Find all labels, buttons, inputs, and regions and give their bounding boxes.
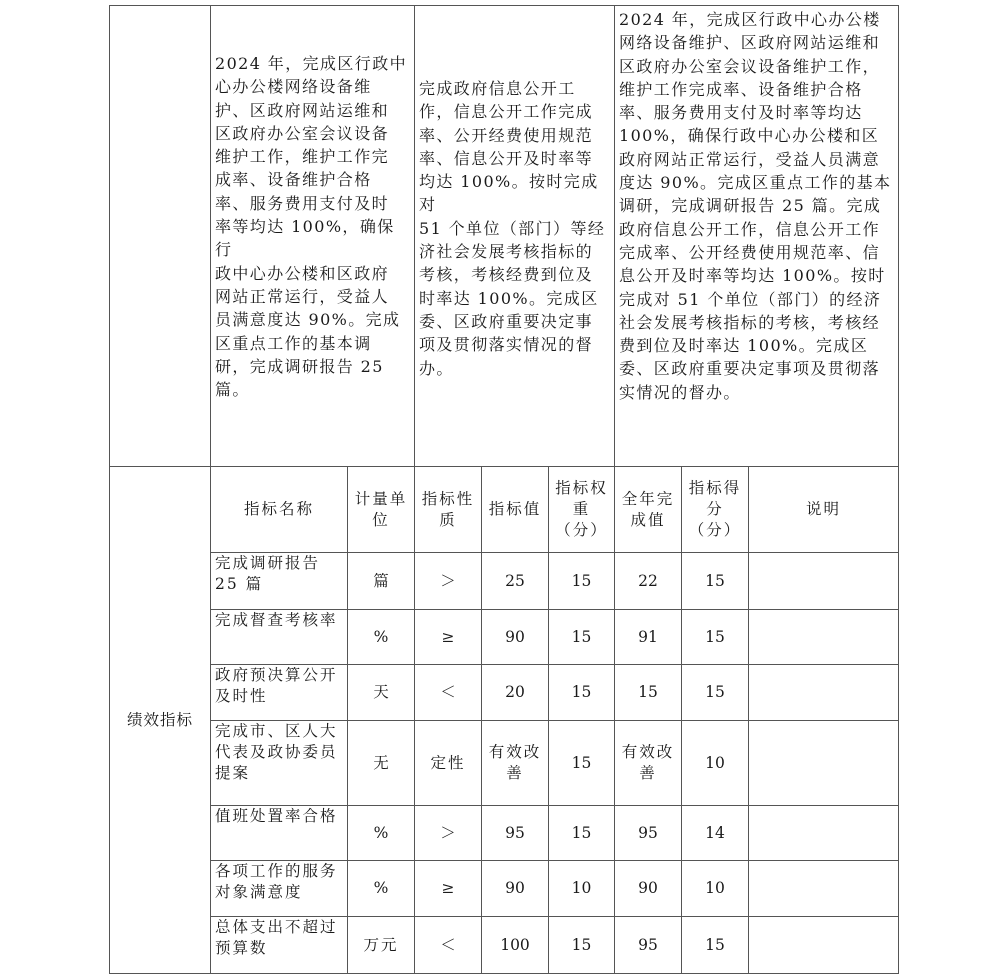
header-nature: 指标性 质 bbox=[414, 466, 481, 552]
cell-text: ＜ bbox=[440, 935, 456, 956]
row-5-target: 95 bbox=[481, 805, 548, 860]
text-line: 员满意度达 90%。完成 bbox=[215, 308, 411, 331]
text-line: 均达 100%。按时完成对 bbox=[419, 170, 611, 217]
cell-text: 25 bbox=[505, 571, 525, 592]
row-6-name: 各项工作的服务 对象满意度 bbox=[210, 860, 347, 916]
section-label-text: 绩效指标 bbox=[127, 710, 193, 731]
text-line: 完成对 51 个单位（部门）的经济 bbox=[619, 288, 891, 311]
text-line: 51 个单位（部门）等经 bbox=[419, 217, 611, 240]
cell-text: 无 bbox=[373, 753, 389, 774]
cell-text: ＞ bbox=[440, 823, 456, 844]
text-line: 护、区政府网站运维和 bbox=[215, 99, 411, 122]
row-1-weight: 15 bbox=[548, 552, 614, 609]
performance-table: 2024 年，完成区行政中 心办公楼网络设备维 护、区政府网站运维和 区政府办公… bbox=[109, 5, 899, 974]
top-row-label-cell bbox=[109, 5, 210, 466]
row-3-actual: 15 bbox=[614, 664, 681, 720]
row-2-score: 15 bbox=[681, 609, 748, 664]
cell-text: 20 bbox=[505, 682, 525, 703]
header-unit: 计量单 位 bbox=[347, 466, 414, 552]
cell-text: 90 bbox=[505, 878, 525, 899]
text-line: 完成率、公开经费使用规范率、信 bbox=[619, 241, 891, 264]
row-3-name: 政府预决算公开 及时性 bbox=[210, 664, 347, 720]
row-5-note bbox=[748, 805, 899, 860]
row-7-score: 15 bbox=[681, 916, 748, 974]
row-2-actual: 91 bbox=[614, 609, 681, 664]
row-3-nature: ＜ bbox=[414, 664, 481, 720]
row-7-target: 100 bbox=[481, 916, 548, 974]
text-line: 社会发展考核指标的考核，考核经 bbox=[619, 311, 891, 334]
header-text: 指标权 bbox=[549, 478, 614, 499]
text-line: 实情况的督办。 bbox=[619, 381, 891, 404]
text-line: 维护工作完成率、设备维护合格 bbox=[619, 78, 891, 101]
name-line: 及时性 bbox=[215, 686, 268, 707]
row-3-note bbox=[748, 664, 899, 720]
cell-text: 万元 bbox=[363, 935, 398, 956]
text-line: 济社会发展考核指标的 bbox=[419, 240, 611, 263]
header-text: 指标性 bbox=[416, 489, 481, 510]
row-5-score: 14 bbox=[681, 805, 748, 860]
row-2-target: 90 bbox=[481, 609, 548, 664]
text-line: 政府信息公开工作，信息公开工作 bbox=[619, 218, 891, 241]
cell-text: 15 bbox=[572, 823, 592, 844]
header-text: 分 bbox=[700, 499, 730, 520]
row-3-target: 20 bbox=[481, 664, 548, 720]
header-weight: 指标权 重 （分） bbox=[548, 466, 614, 552]
header-actual-value: 全年完 成值 bbox=[614, 466, 681, 552]
row-1-target: 25 bbox=[481, 552, 548, 609]
text-line: 考核，考核经费到位及 bbox=[419, 263, 611, 286]
text-line: 项及贯彻落实情况的督 bbox=[419, 333, 611, 356]
cell-text: 95 bbox=[638, 935, 658, 956]
row-2-note bbox=[748, 609, 899, 664]
row-1-actual: 22 bbox=[614, 552, 681, 609]
text-line: 成率、设备维护合格 bbox=[215, 168, 411, 191]
name-line: 完成督查考核率 bbox=[215, 610, 338, 631]
text-line: 心办公楼网络设备维 bbox=[215, 75, 411, 98]
row-7-name: 总体支出不超过 预算数 bbox=[210, 916, 347, 974]
cell-text: % bbox=[374, 627, 389, 648]
row-7-note bbox=[748, 916, 899, 974]
text-line: 完成政府信息公开工 bbox=[419, 77, 611, 100]
name-line: 代表及政协委员 bbox=[215, 742, 338, 763]
cell-text: 90 bbox=[505, 627, 525, 648]
text-line: 维护工作，维护工作完 bbox=[215, 145, 411, 168]
cell-text: ≥ bbox=[442, 878, 455, 899]
text-line: 网站正常运行，受益人 bbox=[215, 285, 411, 308]
cell-text: 善 bbox=[639, 763, 657, 784]
header-text: 计量单 bbox=[349, 489, 414, 510]
row-3-score: 15 bbox=[681, 664, 748, 720]
name-line: 对象满意度 bbox=[215, 882, 303, 903]
cell-text: 天 bbox=[373, 682, 389, 703]
header-text: 重 bbox=[567, 499, 597, 520]
header-text: 全年完 bbox=[616, 489, 681, 510]
name-line: 25 篇 bbox=[215, 574, 263, 595]
text-line: 区政府办公室会议设备 bbox=[215, 122, 411, 145]
text-line: 委、区政府重要决定事 bbox=[419, 310, 611, 333]
header-text: （分） bbox=[549, 520, 614, 541]
text-line: 区重点工作的基本调 bbox=[215, 332, 411, 355]
cell-text: 10 bbox=[572, 878, 592, 899]
row-6-nature: ≥ bbox=[414, 860, 481, 916]
row-5-actual: 95 bbox=[614, 805, 681, 860]
name-line: 总体支出不超过 bbox=[215, 917, 338, 938]
row-5-weight: 15 bbox=[548, 805, 614, 860]
performance-section-label: 绩效指标 bbox=[109, 466, 210, 974]
text-line: 时率达 100%。完成区 bbox=[419, 287, 611, 310]
cell-text: 95 bbox=[505, 823, 525, 844]
row-6-unit: % bbox=[347, 860, 414, 916]
row-1-nature: ＞ bbox=[414, 552, 481, 609]
header-text: 指标值 bbox=[487, 499, 544, 520]
cell-text: 善 bbox=[506, 763, 524, 784]
header-text: 指标名称 bbox=[238, 499, 320, 520]
row-2-weight: 15 bbox=[548, 609, 614, 664]
top-col3-description: 2024 年，完成区行政中心办公楼 网络设备维护、区政府网站运维和 区政府办公室… bbox=[614, 5, 899, 466]
cell-text: ＞ bbox=[440, 571, 456, 592]
row-3-unit: 天 bbox=[347, 664, 414, 720]
name-line: 各项工作的服务 bbox=[215, 861, 338, 882]
text-line: 2024 年，完成区行政中心办公楼 bbox=[619, 8, 891, 31]
text-line: 率、信息公开及时率等 bbox=[419, 147, 611, 170]
row-3-weight: 15 bbox=[548, 664, 614, 720]
row-7-actual: 95 bbox=[614, 916, 681, 974]
cell-text: 15 bbox=[572, 753, 592, 774]
text-line: 委、区政府重要决定事项及贯彻落 bbox=[619, 357, 891, 380]
name-line: 值班处置率合格 bbox=[215, 806, 338, 827]
text-line: 调研，完成调研报告 25 篇。完成 bbox=[619, 194, 891, 217]
row-6-note bbox=[748, 860, 899, 916]
header-text: （分） bbox=[683, 520, 748, 541]
header-note: 说明 bbox=[748, 466, 899, 552]
row-6-weight: 10 bbox=[548, 860, 614, 916]
cell-text: 10 bbox=[705, 753, 725, 774]
cell-text: 15 bbox=[705, 935, 725, 956]
row-4-actual: 有效改 善 bbox=[614, 720, 681, 805]
row-1-unit: 篇 bbox=[347, 552, 414, 609]
cell-text: 有效改 bbox=[622, 742, 675, 763]
text-line: 率、服务费用支付及时率等均达 bbox=[619, 101, 891, 124]
cell-text: 15 bbox=[572, 627, 592, 648]
row-7-weight: 15 bbox=[548, 916, 614, 974]
row-5-name: 值班处置率合格 bbox=[210, 805, 347, 860]
header-text: 位 bbox=[366, 510, 396, 531]
cell-text: 15 bbox=[705, 571, 725, 592]
text-line: 网络设备维护、区政府网站运维和 bbox=[619, 31, 891, 54]
cell-text: 有效改 bbox=[489, 742, 542, 763]
text-line: 2024 年，完成区行政中 bbox=[215, 52, 411, 75]
name-line: 政府预决算公开 bbox=[215, 665, 338, 686]
header-score: 指标得 分 （分） bbox=[681, 466, 748, 552]
row-4-weight: 15 bbox=[548, 720, 614, 805]
row-4-nature: 定性 bbox=[414, 720, 481, 805]
row-1-note bbox=[748, 552, 899, 609]
row-4-note bbox=[748, 720, 899, 805]
text-line: 度达 90%。完成区重点工作的基本 bbox=[619, 171, 891, 194]
text-line: 办。 bbox=[419, 357, 611, 380]
top-col1-description: 2024 年，完成区行政中 心办公楼网络设备维 护、区政府网站运维和 区政府办公… bbox=[210, 5, 414, 466]
cell-text: 定性 bbox=[430, 753, 465, 774]
text-line: 息公开及时率等均达 100%。按时 bbox=[619, 264, 891, 287]
row-4-score: 10 bbox=[681, 720, 748, 805]
cell-text: 100 bbox=[500, 935, 530, 956]
text-line: 篇。 bbox=[215, 378, 411, 401]
text-line: 作，信息公开工作完成 bbox=[419, 100, 611, 123]
row-4-unit: 无 bbox=[347, 720, 414, 805]
row-2-unit: % bbox=[347, 609, 414, 664]
row-6-score: 10 bbox=[681, 860, 748, 916]
text-line: 研，完成调研报告 25 bbox=[215, 355, 411, 378]
cell-text: 15 bbox=[572, 571, 592, 592]
cell-text: % bbox=[374, 878, 389, 899]
cell-text: 15 bbox=[705, 682, 725, 703]
cell-text: 15 bbox=[572, 935, 592, 956]
text-line: 率、服务费用支付及时 bbox=[215, 192, 411, 215]
header-target-value: 指标值 bbox=[481, 466, 548, 552]
cell-text: 15 bbox=[572, 682, 592, 703]
text-line: 区政府办公室会议设备维护工作， bbox=[619, 55, 891, 78]
row-5-unit: % bbox=[347, 805, 414, 860]
cell-text: 90 bbox=[638, 878, 658, 899]
name-line: 预算数 bbox=[215, 938, 268, 959]
cell-text: 91 bbox=[638, 627, 658, 648]
row-6-target: 90 bbox=[481, 860, 548, 916]
row-1-score: 15 bbox=[681, 552, 748, 609]
row-2-name: 完成督查考核率 bbox=[210, 609, 347, 664]
cell-text: 15 bbox=[638, 682, 658, 703]
cell-text: 10 bbox=[705, 878, 725, 899]
cell-text: ≥ bbox=[442, 627, 455, 648]
text-line: 100%，确保行政中心办公楼和区 bbox=[619, 124, 891, 147]
name-line: 完成调研报告 bbox=[215, 553, 320, 574]
cell-text: 95 bbox=[638, 823, 658, 844]
header-text: 指标得 bbox=[683, 478, 748, 499]
text-line: 率、公开经费使用规范 bbox=[419, 124, 611, 147]
row-4-target: 有效改 善 bbox=[481, 720, 548, 805]
header-indicator-name: 指标名称 bbox=[210, 466, 347, 552]
row-4-name: 完成市、区人大 代表及政协委员 提案 bbox=[210, 720, 347, 805]
text-line: 政府网站正常运行，受益人员满意 bbox=[619, 148, 891, 171]
cell-text: 15 bbox=[705, 627, 725, 648]
row-1-name: 完成调研报告 25 篇 bbox=[210, 552, 347, 609]
header-text: 说明 bbox=[800, 499, 847, 520]
row-6-actual: 90 bbox=[614, 860, 681, 916]
cell-text: % bbox=[374, 823, 389, 844]
name-line: 提案 bbox=[215, 763, 250, 784]
row-5-nature: ＞ bbox=[414, 805, 481, 860]
cell-text: ＜ bbox=[440, 682, 456, 703]
text-line: 政中心办公楼和区政府 bbox=[215, 262, 411, 285]
header-text: 质 bbox=[433, 510, 463, 531]
text-line: 率等均达 100%，确保行 bbox=[215, 215, 411, 262]
row-7-nature: ＜ bbox=[414, 916, 481, 974]
cell-text: 篇 bbox=[373, 571, 389, 592]
cell-text: 22 bbox=[638, 571, 658, 592]
text-line: 费到位及时率达 100%。完成区 bbox=[619, 334, 891, 357]
row-2-nature: ≥ bbox=[414, 609, 481, 664]
header-text: 成值 bbox=[624, 510, 671, 531]
top-col2-description: 完成政府信息公开工 作，信息公开工作完成 率、公开经费使用规范 率、信息公开及时… bbox=[414, 5, 614, 466]
row-7-unit: 万元 bbox=[347, 916, 414, 974]
cell-text: 14 bbox=[705, 823, 725, 844]
name-line: 完成市、区人大 bbox=[215, 721, 338, 742]
